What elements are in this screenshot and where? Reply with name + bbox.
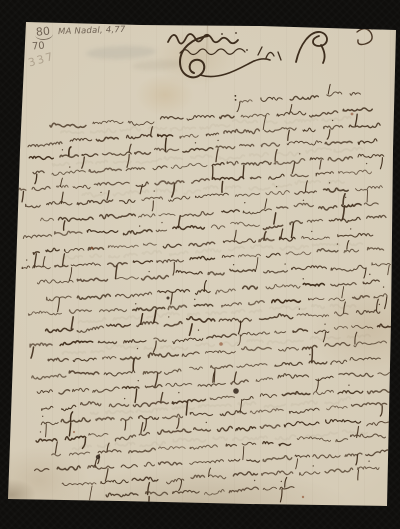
photo-backdrop: 80 70 MA Nadal, 4,77 337	[0, 0, 400, 529]
manuscript-page: 80 70 MA Nadal, 4,77 337	[0, 0, 400, 529]
handwritten-text-lines	[13, 82, 400, 515]
header-flourish	[168, 32, 327, 77]
handwriting-ink-layer	[0, 0, 400, 529]
corner-paraph-mark	[357, 28, 373, 44]
